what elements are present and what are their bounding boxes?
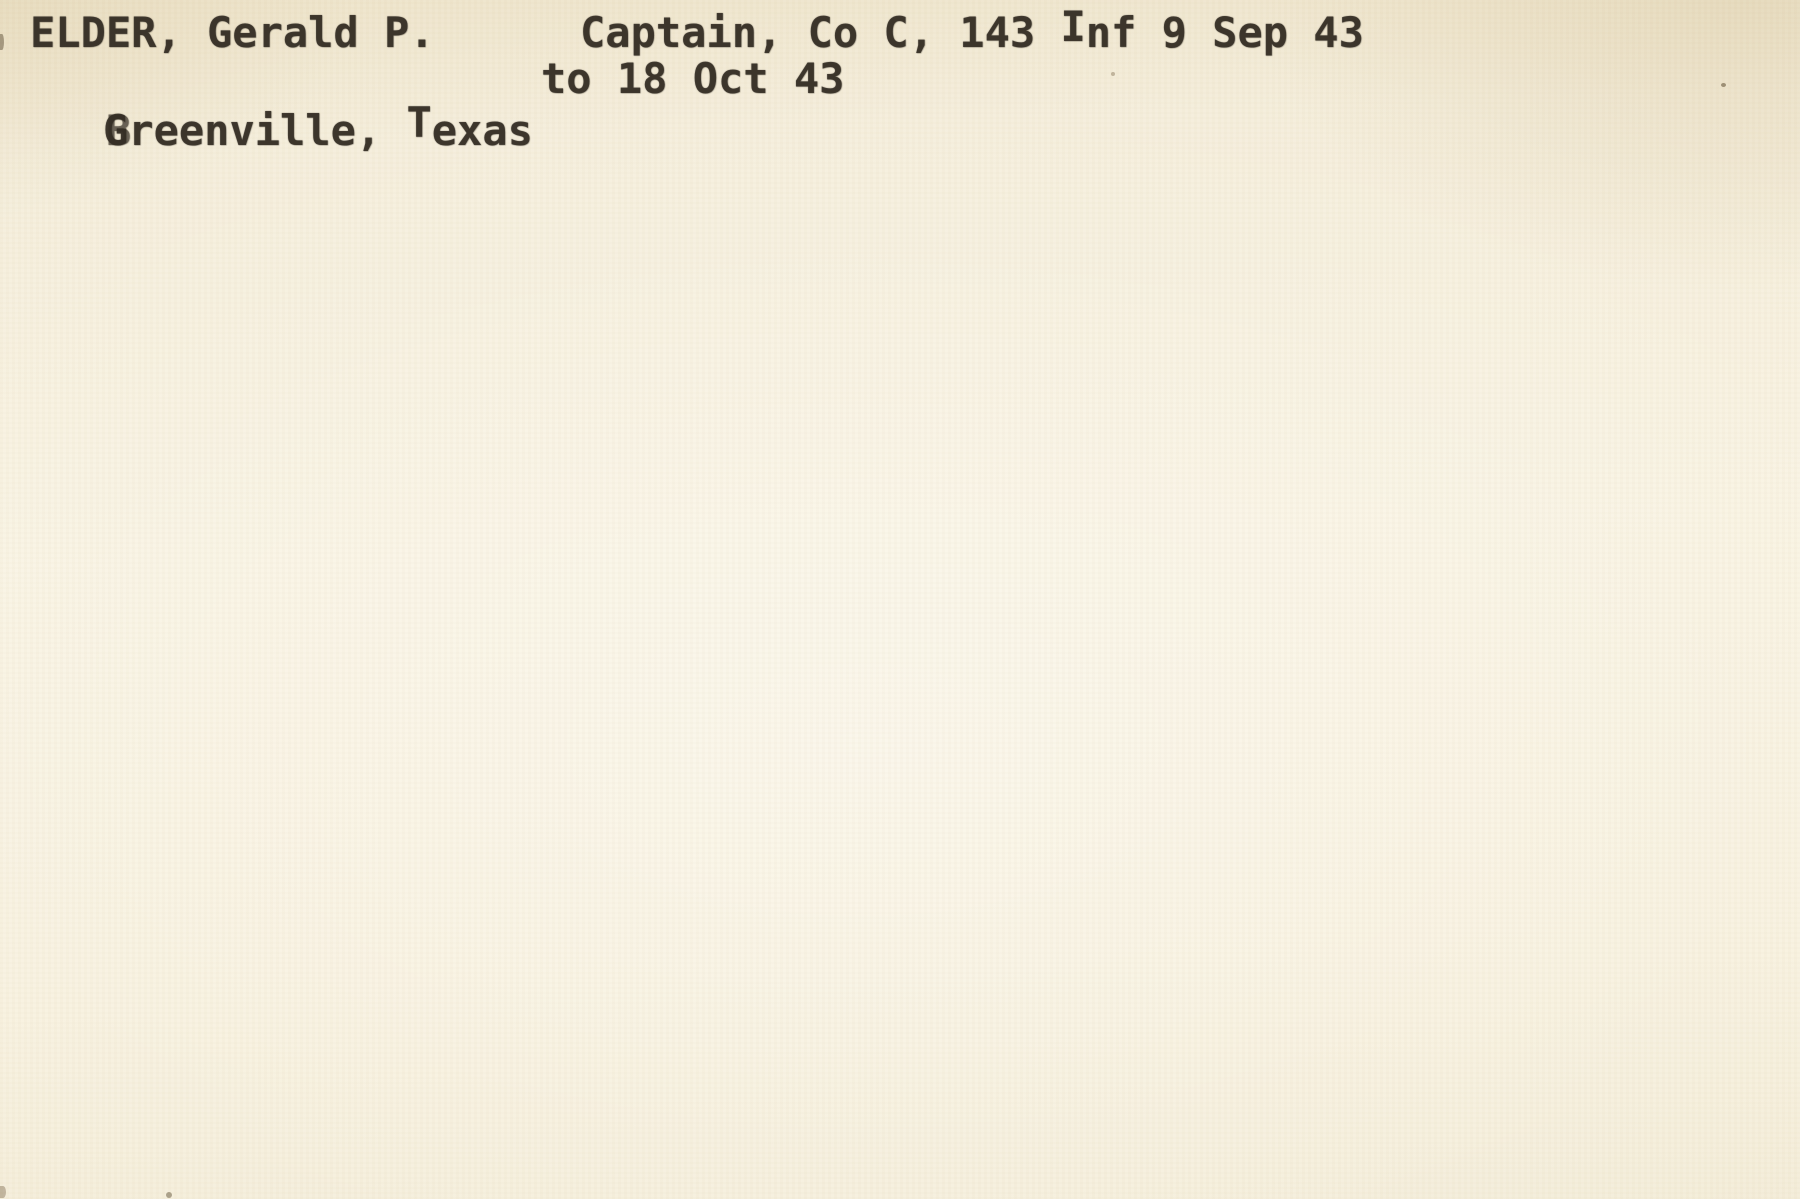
city-state-text: BGreenville, Texas [103,110,533,152]
city-text: reenville, [128,106,406,155]
raised-letter-i: I [1060,6,1085,48]
index-card: ELDER, Gerald P. Captain, Co C, 143 Inf … [0,0,1800,1199]
rank-unit-date-text: Captain, Co C, 143 Inf 9 Sep 43 [580,12,1364,54]
inf-date-text: nf 9 Sep 43 [1086,8,1364,57]
overstrike-letter: BG [103,110,128,152]
state-text: exas [432,106,533,155]
date-to-text: to 18 Oct 43 [541,58,844,100]
overstrike-over-letter: G [103,110,128,152]
paper-edge-mark [0,34,4,50]
raised-letter-t: T [406,102,431,144]
paper-edge-mark [0,1186,6,1198]
paper-speck [166,1192,172,1198]
paper-speck [1721,83,1726,87]
rank-unit-text: Captain, Co C, 143 [580,8,1060,57]
soldier-name-text: ELDER, Gerald P. [30,12,435,54]
paper-speck [1111,72,1115,76]
